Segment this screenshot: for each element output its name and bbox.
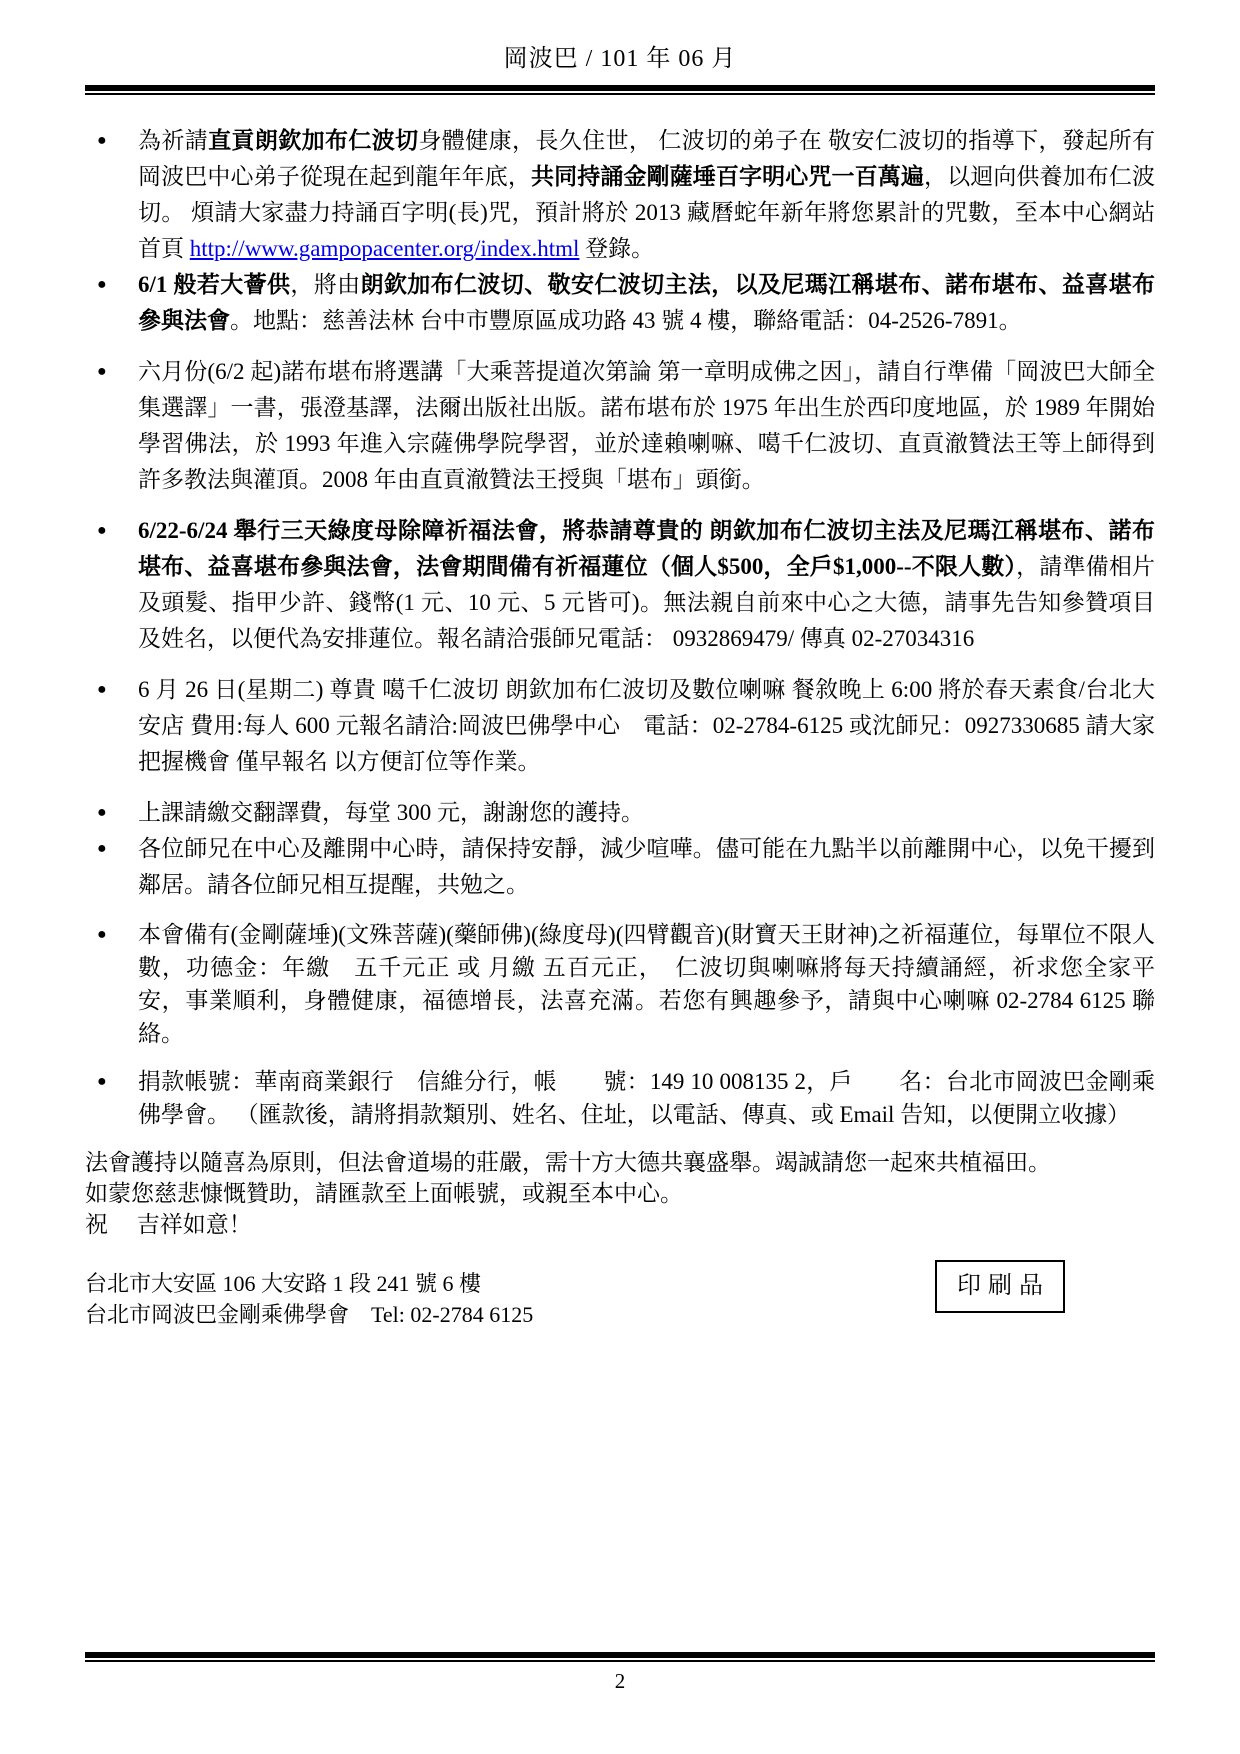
printed-matter-stamp: 印刷品 <box>935 1260 1065 1313</box>
closing-paragraph: 法會護持以隨喜為原則，但法會道場的莊嚴，需十方大德共襄盛舉。竭誠請您一起來共植福… <box>85 1147 1155 1240</box>
closing-line: 祝 吉祥如意！ <box>85 1209 1155 1240</box>
emphasis-text: 直貢朗欽加布仁波切 <box>208 128 418 153</box>
bullet-icon: ● <box>97 795 107 831</box>
list-item: ●為祈請直貢朗欽加布仁波切身體健康，長久住世， 仁波切的弟子在 敬安仁波切的指導… <box>85 123 1155 267</box>
list-item-text: 6/1 般若大薈供，將由朗欽加布仁波切、敬安仁波切主法，以及尼瑪江稱堪布、諾布堪… <box>138 272 1155 333</box>
page-footer: 2 <box>0 1652 1240 1694</box>
list-item: ●六月份(6/2 起)諾布堪布將選講「大乘菩提道次第論 第一章明成佛之因」，請自… <box>85 354 1155 498</box>
bullet-icon: ● <box>97 123 107 159</box>
list-item: ●6 月 26 日(星期二) 尊貴 噶千仁波切 朗欽加布仁波切及數位喇嘛 餐敘晚… <box>85 672 1155 780</box>
body-text: 登錄。 <box>579 236 654 261</box>
document-body: ●為祈請直貢朗欽加布仁波切身體健康，長久住世， 仁波切的弟子在 敬安仁波切的指導… <box>0 123 1240 1330</box>
list-item-text: 六月份(6/2 起)諾布堪布將選講「大乘菩提道次第論 第一章明成佛之因」，請自行… <box>138 359 1155 492</box>
header-rule <box>85 85 1155 95</box>
list-item: ●各位師兄在中心及離開中心時，請保持安靜，減少喧嘩。儘可能在九點半以前離開中心，… <box>85 831 1155 903</box>
center-website-link[interactable]: http://www.gampopacenter.org/index.html <box>190 236 580 261</box>
list-item: ●上課請繳交翻譯費，每堂 300 元，謝謝您的護持。 <box>85 795 1155 831</box>
page-number: 2 <box>0 1669 1240 1694</box>
body-text: 捐款帳號：華南商業銀行 信維分行，帳 號：149 10 008135 2，戶 名… <box>138 1069 1155 1127</box>
body-text: 上課請繳交翻譯費，每堂 300 元，謝謝您的護持。 <box>138 800 644 825</box>
body-text: 六月份(6/2 起)諾布堪布將選講「大乘菩提道次第論 第一章明成佛之因」，請自行… <box>138 359 1155 492</box>
bullet-icon: ● <box>97 831 107 867</box>
closing-line: 如蒙您慈悲慷慨贊助，請匯款至上面帳號，或親至本中心。 <box>85 1178 1155 1209</box>
bullet-icon: ● <box>97 918 107 951</box>
list-item-text: 各位師兄在中心及離開中心時，請保持安靜，減少喧嘩。儘可能在九點半以前離開中心，以… <box>138 836 1155 897</box>
list-item: ●捐款帳號：華南商業銀行 信維分行，帳 號：149 10 008135 2，戶 … <box>85 1065 1155 1131</box>
bullet-icon: ● <box>97 267 107 303</box>
body-text: 本會備有(金剛薩埵)(文殊菩薩)(藥師佛)(綠度母)(四臂觀音)(財寶天王財神)… <box>138 922 1155 1046</box>
body-text: 6 月 26 日(星期二) 尊貴 噶千仁波切 朗欽加布仁波切及數位喇嘛 餐敘晚上… <box>138 677 1155 774</box>
bullet-icon: ● <box>97 1065 107 1098</box>
body-text: ，將由 <box>290 272 360 297</box>
bullet-list: ●為祈請直貢朗欽加布仁波切身體健康，長久住世， 仁波切的弟子在 敬安仁波切的指導… <box>85 123 1155 1131</box>
footer-rule <box>85 1652 1155 1662</box>
document-page: 岡波巴 / 101 年 06 月 ●為祈請直貢朗欽加布仁波切身體健康，長久住世，… <box>0 0 1240 1754</box>
emphasis-text: 6/1 般若大薈供 <box>138 272 290 297</box>
list-item-text: 6/22-6/24 舉行三天綠度母除障祈福法會，將恭請尊貴的 朗欽加布仁波切主法… <box>138 518 1155 651</box>
closing-line: 法會護持以隨喜為原則，但法會道場的莊嚴，需十方大德共襄盛舉。竭誠請您一起來共植福… <box>85 1147 1155 1178</box>
list-item-text: 捐款帳號：華南商業銀行 信維分行，帳 號：149 10 008135 2，戶 名… <box>138 1069 1155 1127</box>
page-header-title: 岡波巴 / 101 年 06 月 <box>0 0 1240 85</box>
list-item: ●6/22-6/24 舉行三天綠度母除障祈福法會，將恭請尊貴的 朗欽加布仁波切主… <box>85 513 1155 657</box>
list-item-text: 6 月 26 日(星期二) 尊貴 噶千仁波切 朗欽加布仁波切及數位喇嘛 餐敘晚上… <box>138 677 1155 774</box>
bullet-icon: ● <box>97 354 107 390</box>
body-text: 。地點：慈善法林 台中市豐原區成功路 43 號 4 樓，聯絡電話：04-2526… <box>230 308 1022 333</box>
list-item-text: 為祈請直貢朗欽加布仁波切身體健康，長久住世， 仁波切的弟子在 敬安仁波切的指導下… <box>138 128 1155 261</box>
body-text: 各位師兄在中心及離開中心時，請保持安靜，減少喧嘩。儘可能在九點半以前離開中心，以… <box>138 836 1155 897</box>
list-item: ●6/1 般若大薈供，將由朗欽加布仁波切、敬安仁波切主法，以及尼瑪江稱堪布、諾布… <box>85 267 1155 339</box>
bullet-icon: ● <box>97 672 107 708</box>
list-item: ●本會備有(金剛薩埵)(文殊菩薩)(藥師佛)(綠度母)(四臂觀音)(財寶天王財神… <box>85 918 1155 1050</box>
bullet-icon: ● <box>97 513 107 549</box>
emphasis-text: 共同持誦金剛薩埵百字明心咒一百萬遍 <box>531 164 924 189</box>
emphasis-text: 6/22-6/24 舉行三天綠度母除障祈福法會，將恭請尊貴的 朗欽加布仁波切主法… <box>138 518 1155 579</box>
body-text: 為祈請 <box>138 128 208 153</box>
list-item-text: 本會備有(金剛薩埵)(文殊菩薩)(藥師佛)(綠度母)(四臂觀音)(財寶天王財神)… <box>138 922 1155 1046</box>
address-row: 台北市大安區 106 大安路 1 段 241 號 6 樓 台北市岡波巴金剛乘佛學… <box>85 1268 1155 1330</box>
list-item-text: 上課請繳交翻譯費，每堂 300 元，謝謝您的護持。 <box>138 800 644 825</box>
